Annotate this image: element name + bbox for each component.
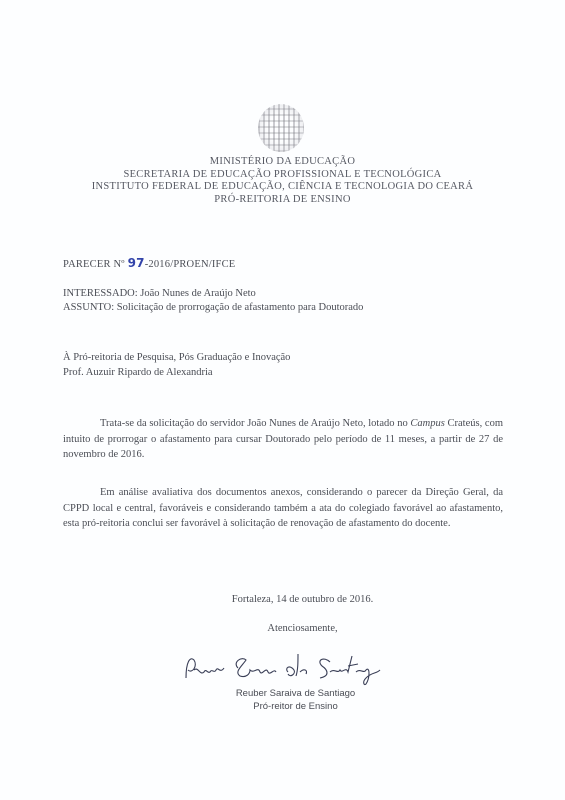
body-paragraph-1: Trata-se da solicitação do servidor João… — [63, 416, 503, 463]
letterhead-department: PRÓ-REITORIA DE ENSINO — [0, 194, 565, 207]
letterhead: MINISTÉRIO DA EDUCAÇÃO SECRETARIA DE EDU… — [0, 156, 565, 206]
signer-role: Pró-reitor de Ensino — [0, 701, 565, 712]
assunto-value: Solicitação de prorrogação de afastament… — [114, 302, 363, 313]
handwritten-signature — [180, 648, 400, 688]
interessado-value: João Nunes de Araújo Neto — [138, 288, 256, 299]
parecer-prefix: PARECER Nº — [63, 259, 128, 270]
interessado-label: INTERESSADO: — [63, 288, 138, 299]
campus-word: Campus — [410, 418, 444, 429]
letterhead-institute: INSTITUTO FEDERAL DE EDUCAÇÃO, CIÊNCIA E… — [0, 181, 565, 194]
interessado-line: INTERESSADO: João Nunes de Araújo Neto — [63, 287, 363, 301]
addressee-person: Prof. Auzuir Ripardo de Alexandria — [63, 365, 290, 380]
brazil-coat-of-arms-icon — [258, 104, 304, 152]
addressee: À Pró-reitoria de Pesquisa, Pós Graduaçã… — [63, 350, 290, 380]
letterhead-ministry: MINISTÉRIO DA EDUCAÇÃO — [0, 156, 565, 169]
document-meta: INTERESSADO: João Nunes de Araújo Neto A… — [63, 287, 363, 315]
parecer-handwritten-number: 97 — [128, 256, 145, 270]
assunto-line: ASSUNTO: Solicitação de prorrogação de a… — [63, 301, 363, 315]
date-line: Fortaleza, 14 de outubro de 2016. — [0, 594, 565, 605]
document-page: MINISTÉRIO DA EDUCAÇÃO SECRETARIA DE EDU… — [0, 0, 565, 800]
body-paragraph-2: Em análise avaliativa dos documentos ane… — [63, 485, 503, 532]
assunto-label: ASSUNTO: — [63, 302, 114, 313]
letterhead-secretariat: SECRETARIA DE EDUCAÇÃO PROFISSIONAL E TE… — [0, 169, 565, 182]
regards-line: Atenciosamente, — [0, 623, 565, 634]
signer-name: Reuber Saraiva de Santiago — [0, 688, 565, 699]
addressee-office: À Pró-reitoria de Pesquisa, Pós Graduaçã… — [63, 350, 290, 365]
parecer-number: PARECER Nº 97-2016/PROEN/IFCE — [63, 256, 235, 270]
paragraph-text: Trata-se da solicitação do servidor João… — [100, 418, 410, 429]
parecer-suffix: -2016/PROEN/IFCE — [145, 259, 236, 270]
